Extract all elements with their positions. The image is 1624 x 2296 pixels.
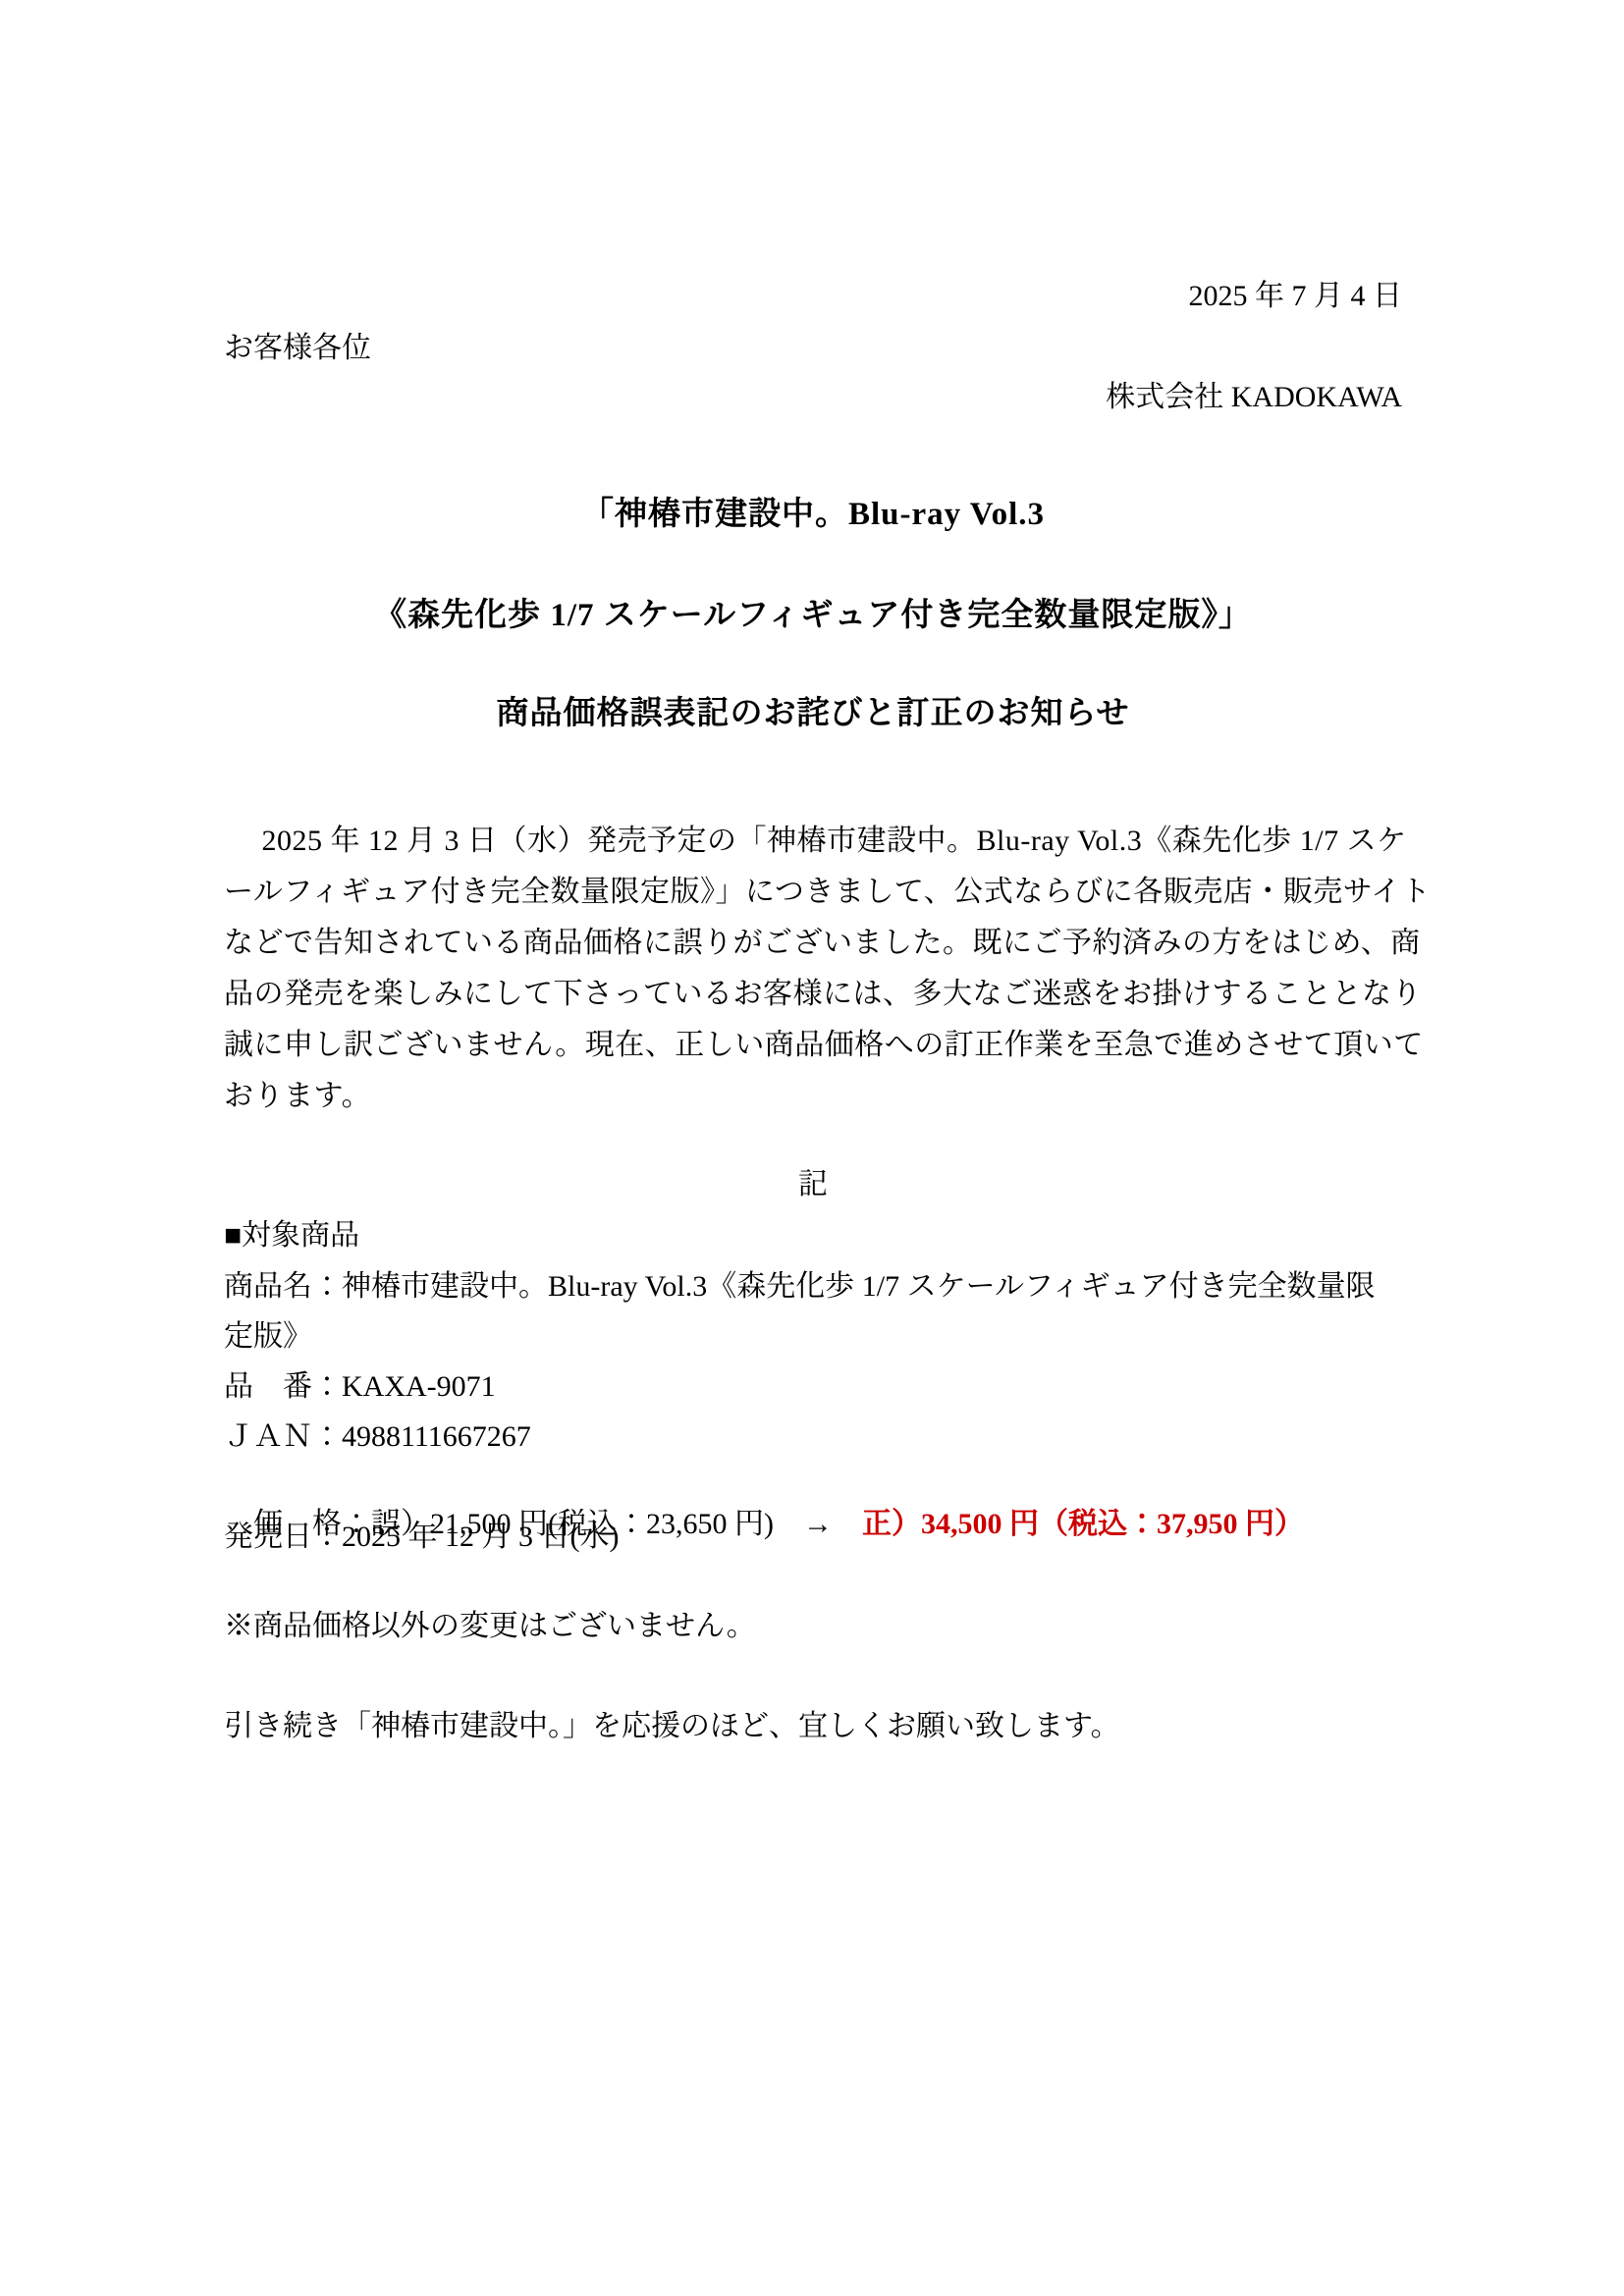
closing-message: 引き続き「神椿市建設中。」を応援のほど、宜しくお願い致します。 <box>224 1708 1402 1745</box>
body-paragraph-line: 2025 年 12 月 3 日（水）発売予定の「神椿市建設中。Blu-ray V… <box>224 823 1402 860</box>
item-number-line: 品 番：KAXA-9071 <box>224 1368 1402 1406</box>
recipient-line: お客様各位 <box>224 330 1402 367</box>
document-page: 2025 年 7 月 4 日 お客様各位 株式会社 KADOKAWA 「神椿市建… <box>0 0 1624 2296</box>
target-product-section-title: ■対象商品 <box>224 1217 1402 1255</box>
product-name-line-2: 定版》 <box>224 1318 1402 1356</box>
title-line-1: 「神椿市建設中。Blu-ray Vol.3 <box>224 495 1402 535</box>
notice-heading: 記 <box>224 1166 1402 1203</box>
company-name: 株式会社 KADOKAWA <box>224 379 1402 416</box>
body-paragraph-line: 誠に申し訳ございません。現在、正しい商品価格への訂正作業を至急で進めさせて頂いて <box>224 1027 1402 1064</box>
release-date-line: 発売日：2025 年 12 月 3 日(水) <box>224 1519 1402 1556</box>
body-paragraph-line: おります。 <box>224 1078 1402 1115</box>
body-paragraph-line: 品の発売を楽しみにして下さっているお客様には、多大なご迷惑をお掛けすることとなり <box>224 976 1402 1013</box>
document-date: 2025 年 7 月 4 日 <box>224 278 1402 315</box>
title-line-3: 商品価格誤表記のお詫びと訂正のお知らせ <box>224 694 1402 734</box>
title-line-2: 《森先化歩 1/7 スケールフィギュア付き完全数量限定版》」 <box>224 596 1402 636</box>
jan-code-line: ＪＡＮ：4988111667267 <box>224 1418 1402 1456</box>
no-other-changes-note: ※商品価格以外の変更はございません。 <box>224 1608 1402 1645</box>
body-paragraph-line: などで告知されている商品価格に誤りがございました。既にご予約済みの方をはじめ、商 <box>224 925 1402 962</box>
product-name-line-1: 商品名：神椿市建設中。Blu-ray Vol.3《森先化歩 1/7 スケールフィ… <box>224 1268 1402 1306</box>
body-paragraph-line: ールフィギュア付き完全数量限定版》」につきまして、公式ならびに各販売店・販売サイ… <box>224 874 1402 911</box>
